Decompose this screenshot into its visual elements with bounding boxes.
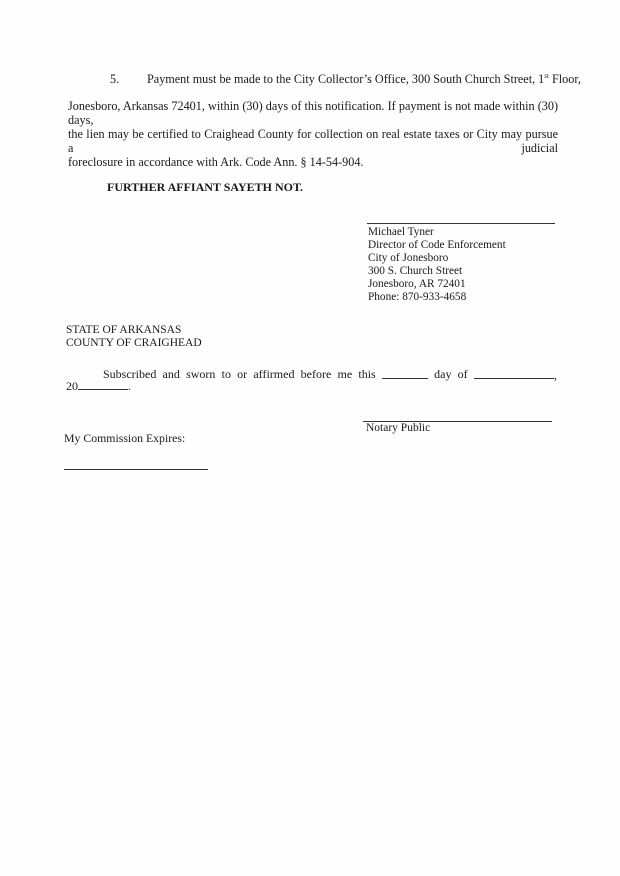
of-label: of [458, 367, 468, 383]
year-prefix: 20 [66, 379, 78, 393]
signatory-title: Director of Code Enforcement [368, 239, 506, 252]
commission-expires-label: My Commission Expires: [64, 431, 185, 446]
year-line: 20. [66, 378, 131, 394]
jurat-word: me [338, 367, 353, 383]
month-blank-group: , [474, 367, 557, 383]
notary-public-label: Notary Public [366, 422, 430, 434]
document-page: 5. Payment must be made to the City Coll… [0, 0, 620, 876]
jurat-word: sworn [186, 367, 215, 383]
signatory-organization: City of Jonesboro [368, 252, 506, 265]
further-affiant-statement: FURTHER AFFIANT SAYETH NOT. [107, 180, 303, 195]
commission-expiry-line[interactable] [64, 469, 208, 470]
day-label: day [434, 367, 451, 383]
signature-line [367, 223, 555, 224]
venue-county: COUNTY OF CRAIGHEAD [66, 337, 202, 350]
jurat-word: and [163, 367, 180, 383]
paragraph-5-line-1-text: Payment must be made to the City Collect… [147, 72, 544, 86]
paragraph-5-line-4: foreclosure in accordance with Ark. Code… [68, 155, 558, 169]
signatory-city: Jonesboro, AR 72401 [368, 278, 506, 291]
signatory-phone: Phone: 870-933-4658 [368, 291, 506, 304]
paragraph-5-line-2: Jonesboro, Arkansas 72401, within (30) d… [68, 99, 558, 127]
signatory-block: Michael Tyner Director of Code Enforceme… [368, 226, 506, 303]
year-blank[interactable] [78, 378, 128, 390]
trailing-comma: , [554, 368, 557, 382]
jurat-word: to [222, 367, 231, 383]
jurat-word: before [301, 367, 332, 383]
signatory-street: 300 S. Church Street [368, 265, 506, 278]
venue-block: STATE OF ARKANSAS COUNTY OF CRAIGHEAD [66, 324, 202, 350]
jurat-line: Subscribed and sworn to or affirmed befo… [103, 367, 557, 383]
day-blank[interactable] [382, 367, 428, 379]
jurat-word: this [358, 367, 375, 383]
signatory-name: Michael Tyner [368, 226, 506, 239]
paragraph-5-line-1: Payment must be made to the City Collect… [147, 72, 558, 87]
year-suffix: . [128, 379, 131, 393]
venue-state: STATE OF ARKANSAS [66, 324, 202, 337]
month-blank[interactable] [474, 367, 554, 379]
paragraph-5-line-1-end: Floor, [549, 72, 581, 86]
jurat-word: or [237, 367, 247, 383]
jurat-word: affirmed [253, 367, 294, 383]
paragraph-number: 5. [110, 72, 119, 87]
paragraph-5-line-3: the lien may be certified to Craighead C… [68, 127, 558, 155]
